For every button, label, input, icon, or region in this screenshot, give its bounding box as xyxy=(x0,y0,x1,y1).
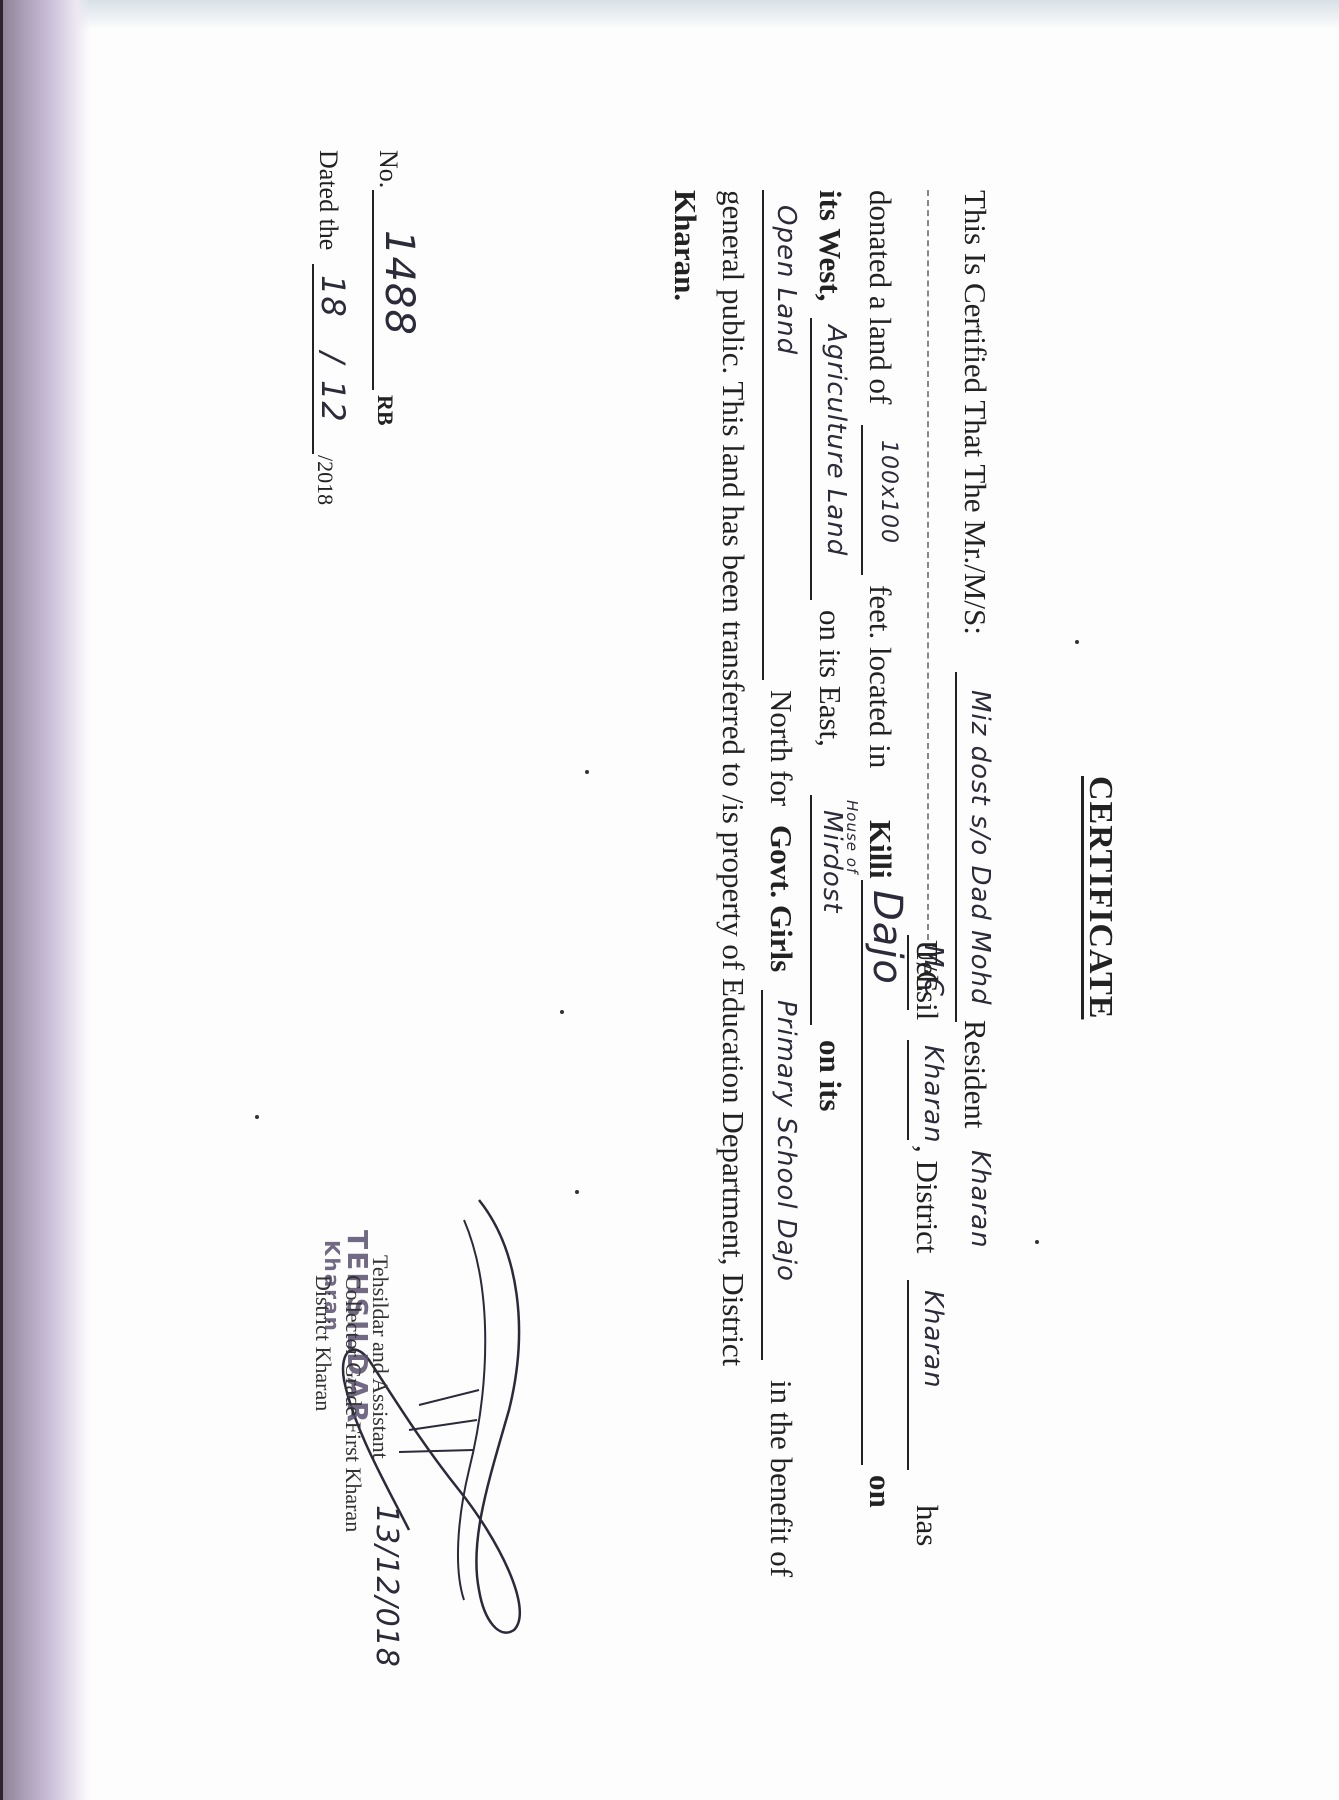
govt-label: Govt. xyxy=(766,825,797,898)
signed-date: 13/12/018 xyxy=(371,1505,401,1668)
scan-speck xyxy=(585,770,589,774)
rb-label: RB xyxy=(374,395,396,426)
dated-label: Dated the xyxy=(315,150,341,250)
donated-label: donated a land of xyxy=(865,190,896,404)
area-value: 100x100 xyxy=(877,440,899,544)
date-separator: / xyxy=(317,352,349,364)
feet-located-label: feet. located in xyxy=(865,585,896,768)
signatory-title-line3: District Kharan xyxy=(312,1275,334,1411)
tehsil-blank xyxy=(907,1040,909,1140)
east-label: on its East, xyxy=(815,610,846,747)
east-blank xyxy=(810,795,812,1025)
date-month: 12 xyxy=(317,380,349,423)
school-blank xyxy=(761,990,763,1360)
signatory-title-line2: Collector Grade First Kharan xyxy=(342,1275,364,1532)
certificate-title: CERTIFICATE xyxy=(1083,776,1117,1019)
area-blank xyxy=(861,425,863,575)
certificate-page: CERTIFICATE This Is Certified That The M… xyxy=(0,0,1339,1800)
scan-speck xyxy=(1035,1240,1039,1244)
school-value: Primary School Dajo xyxy=(773,1000,799,1282)
certified-prefix: This Is Certified That The Mr./M/S: xyxy=(960,190,991,635)
tehsil-label: Tehsil xyxy=(912,945,943,1020)
resident-value: Kharan xyxy=(967,1150,993,1249)
number-label: No. xyxy=(375,150,401,188)
name-blank xyxy=(955,672,957,1022)
girls-label: Girls xyxy=(766,905,797,972)
west-blank xyxy=(810,318,812,600)
number-value: 1488 xyxy=(379,230,419,336)
scan-speck xyxy=(560,1010,564,1014)
scan-speck xyxy=(1075,640,1079,644)
scan-top-shading xyxy=(0,0,1339,30)
date-day: 18 xyxy=(317,275,349,318)
tehsil-value: Kharan xyxy=(920,1045,946,1144)
district-label: , District xyxy=(912,1145,943,1254)
on-label: on xyxy=(865,1475,896,1508)
on-its-label: on its xyxy=(815,1040,846,1112)
scanner-edge-shading xyxy=(0,0,90,1800)
north-value: Open Land xyxy=(773,205,799,355)
date-year: /2018 xyxy=(314,455,336,505)
killi-label: Killi xyxy=(865,820,896,879)
number-blank xyxy=(372,190,374,390)
has-label: has xyxy=(912,1505,943,1546)
north-blank xyxy=(762,190,764,680)
resident-label: Resident xyxy=(960,1020,991,1129)
killi-blank xyxy=(861,880,863,1465)
killi-value: Dajo xyxy=(867,890,907,985)
transfer-text: general public. This land has been trans… xyxy=(718,190,749,1366)
district-value: Kharan xyxy=(920,1290,946,1389)
donor-name-value: Miz dost s/o Dad Mohd xyxy=(967,690,993,1006)
line2-left-blank xyxy=(927,190,929,940)
west-label: its West, xyxy=(815,190,846,301)
benefit-label: in the benefit of xyxy=(766,1380,797,1577)
east-value: Mirdost xyxy=(819,810,845,914)
scan-speck xyxy=(575,1190,579,1194)
west-value: Agriculture Land xyxy=(823,325,849,556)
north-for-label: North for xyxy=(766,690,797,806)
district-name-text: Kharan. xyxy=(670,190,701,301)
district-blank xyxy=(907,1280,909,1470)
scan-speck xyxy=(255,1115,259,1119)
